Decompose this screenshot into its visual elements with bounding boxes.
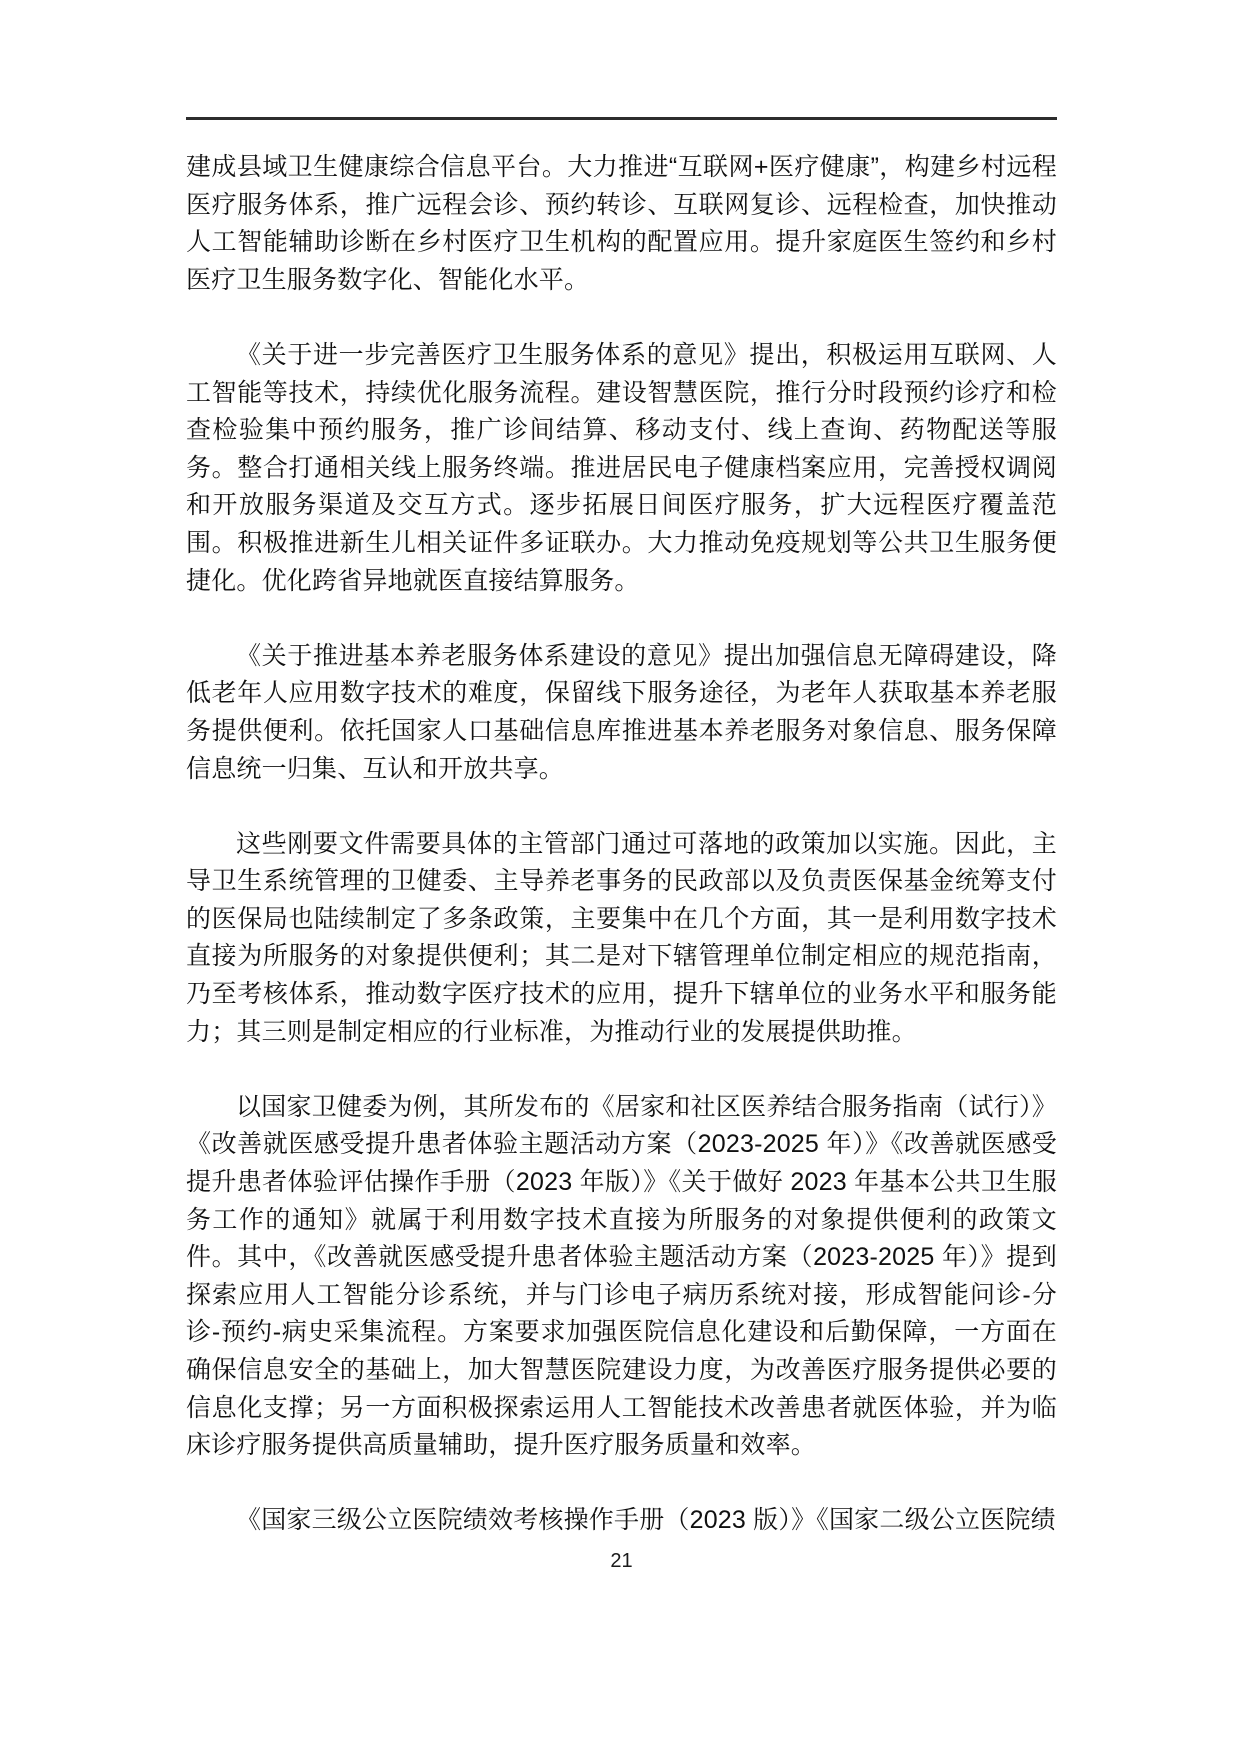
document-page: 建成县域卫生健康综合信息平台。大力推进“互联网+医疗健康”，构建乡村远程医疗服务… [0, 0, 1240, 1754]
body-paragraph: 《关于进一步完善医疗卫生服务体系的意见》提出，积极运用互联网、人工智能等技术，持… [186, 337, 1057, 600]
body-paragraph: 《国家三级公立医院绩效考核操作手册（2023 版）》《国家二级公立医院绩 [186, 1502, 1057, 1540]
body-paragraph: 以国家卫健委为例，其所发布的《居家和社区医养结合服务指南（试行）》《改善就医感受… [186, 1089, 1057, 1465]
body-paragraph: 建成县域卫生健康综合信息平台。大力推进“互联网+医疗健康”，构建乡村远程医疗服务… [186, 149, 1057, 299]
body-paragraph: 《关于推进基本养老服务体系建设的意见》提出加强信息无障碍建设，降低老年人应用数字… [186, 638, 1057, 788]
body-paragraph: 这些刚要文件需要具体的主管部门通过可落地的政策加以实施。因此，主导卫生系统管理的… [186, 826, 1057, 1052]
page-number: 21 [186, 1546, 1057, 1576]
page-body: 建成县域卫生健康综合信息平台。大力推进“互联网+医疗健康”，构建乡村远程医疗服务… [186, 149, 1057, 1576]
header-rule [186, 117, 1057, 120]
